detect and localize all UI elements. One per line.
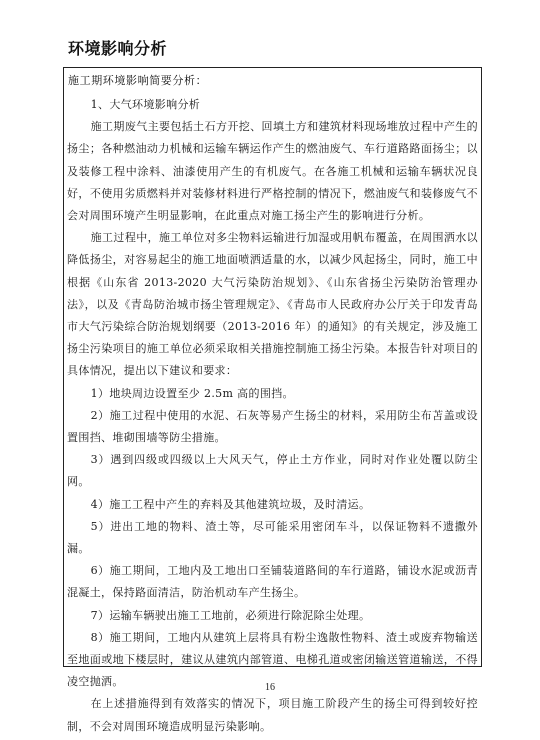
measure-item-1: 1）地块周边设置至少 2.5m 高的围挡。	[67, 383, 478, 405]
section-heading-air: 1、大气环境影响分析	[67, 94, 478, 116]
page-number: 16	[0, 682, 540, 693]
measure-item-6: 6）施工期间，工地内及工地出口至铺装道路间的车行道路，铺设水泥或沥青混凝土，保持…	[67, 560, 478, 604]
paragraph-exhaust-sources: 施工期废气主要包括土石方开挖、回填土方和建筑材料现场堆放过程中产生的扬尘；各种燃…	[67, 116, 478, 227]
measure-item-3: 3）遇到四级或四级以上大风天气，停止土方作业，同时对作业处覆以防尘网。	[67, 449, 478, 493]
measure-item-7: 7）运输车辆驶出施工工地前，必须进行除泥除尘处理。	[67, 605, 478, 627]
box-heading: 施工期环境影响简要分析：	[68, 72, 207, 88]
measure-item-5: 5）进出工地的物料、渣土等，尽可能采用密闭车斗，以保证物料不遗撒外漏。	[67, 516, 478, 560]
paragraph-conclusion: 在上述措施得到有效落实的情况下，项目施工阶段产生的扬尘可得到较好控制，不会对周围…	[67, 693, 478, 737]
analysis-box: 施工期环境影响简要分析： 1、大气环境影响分析 施工期废气主要包括土石方开挖、回…	[63, 67, 482, 667]
page-title: 环境影响分析	[68, 36, 167, 59]
measure-item-2: 2）施工过程中使用的水泥、石灰等易产生扬尘的材料，采用防尘布苫盖或设置围挡、堆砌…	[67, 405, 478, 449]
analysis-body: 1、大气环境影响分析 施工期废气主要包括土石方开挖、回填土方和建筑材料现场堆放过…	[67, 94, 478, 738]
paragraph-construction-process: 施工过程中，施工单位对多尘物料运输进行加湿或用帆布覆盖，在周围洒水以降低扬尘，对…	[67, 227, 478, 382]
measure-item-4: 4）施工工程中产生的弃料及其他建筑垃圾，及时清运。	[67, 494, 478, 516]
